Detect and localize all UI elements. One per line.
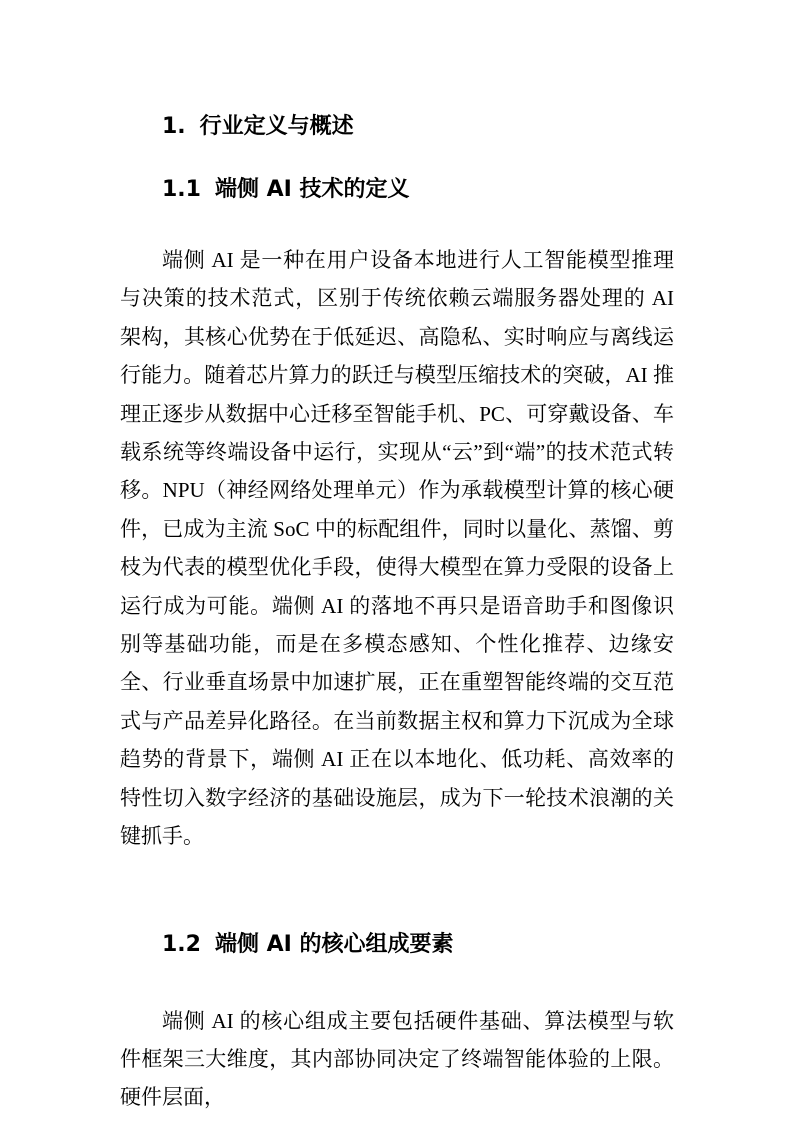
section-heading-1: 1.行业定义与概述 [162, 114, 674, 140]
section-heading-1-1: 1.1端侧 AI 技术的定义 [162, 177, 674, 203]
paragraph-definition: 端侧 AI 是一种在用户设备本地进行人工智能模型推理与决策的技术范式，区别于传统… [120, 241, 674, 856]
section-title: 端侧 AI 的核心组成要素 [215, 932, 454, 957]
section-number: 1. [162, 114, 186, 140]
paragraph-components: 端侧 AI 的核心组成主要包括硬件基础、算法模型与软件框架三大维度，其内部协同决… [120, 1002, 674, 1117]
section-number: 1.1 [162, 177, 201, 203]
section-title: 行业定义与概述 [200, 114, 354, 139]
section-heading-1-2: 1.2端侧 AI 的核心组成要素 [162, 932, 674, 958]
document-page: 1.行业定义与概述 1.1端侧 AI 技术的定义 端侧 AI 是一种在用户设备本… [0, 0, 794, 1123]
section-number: 1.2 [162, 932, 201, 958]
document-content: 1.行业定义与概述 1.1端侧 AI 技术的定义 端侧 AI 是一种在用户设备本… [120, 0, 674, 1117]
section-title: 端侧 AI 技术的定义 [215, 177, 410, 202]
